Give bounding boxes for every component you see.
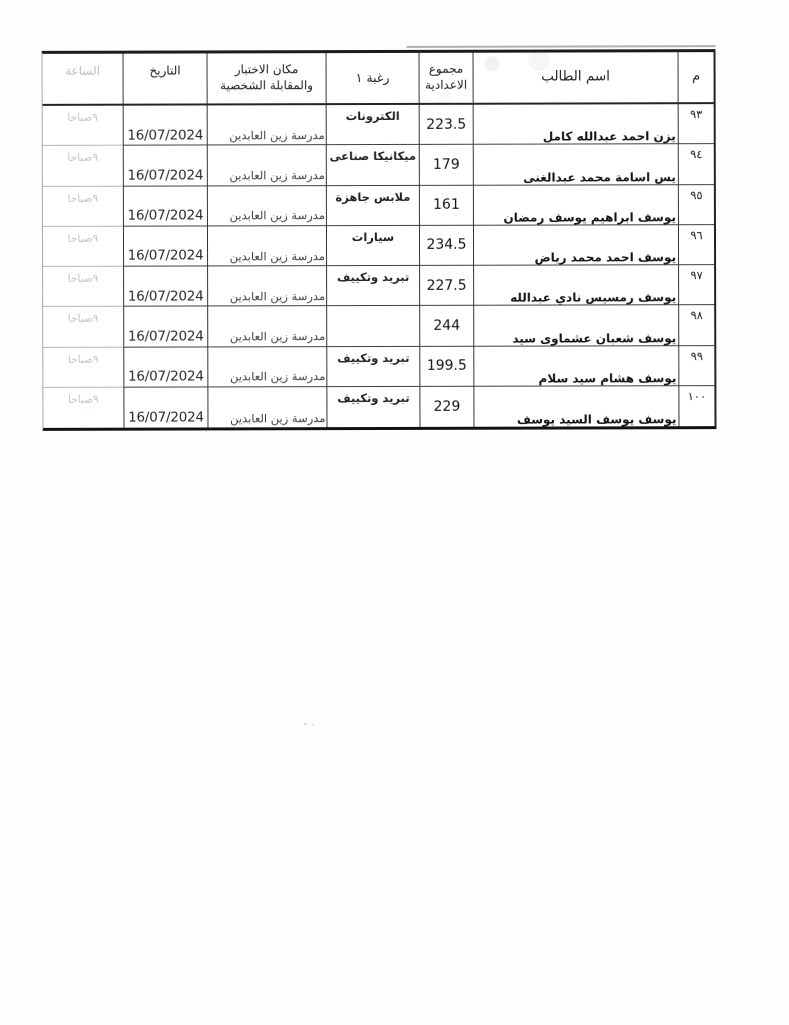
- time-cell: ٩صباحا: [43, 347, 123, 387]
- serial-cell: ٩٤: [678, 144, 714, 184]
- exam-location-cell: مدرسة زين العابدين: [207, 266, 326, 307]
- prep-total-cell: 227.5: [419, 266, 473, 306]
- serial-cell: ٩٩: [678, 346, 714, 386]
- serial-cell: ١٠٠: [678, 386, 714, 426]
- time-cell: ٩صباحا: [43, 146, 123, 186]
- preference-cell: الكترونات: [326, 105, 419, 145]
- student-name-cell: يزن احمد عبدالله كامل: [473, 104, 678, 145]
- prep-total-cell: 199.5: [419, 346, 473, 386]
- serial-cell: ٩٨: [678, 305, 714, 345]
- date-cell: 16/07/2024: [123, 307, 207, 347]
- exam-location-cell: مدرسة زين العابدين: [207, 347, 326, 388]
- exam-location-cell: مدرسة زين العابدين: [207, 145, 326, 186]
- exam-location-cell: مدرسة زين العابدين: [207, 306, 326, 347]
- col-header-date: التاريخ: [123, 53, 207, 105]
- prep-total-cell: 223.5: [419, 105, 473, 145]
- date-cell: 16/07/2024: [123, 266, 207, 306]
- preference-cell-empty: [326, 306, 419, 346]
- exam-location-cell: مدرسة زين العابدين: [207, 387, 326, 428]
- preference-cell: ميكانيكا صناعى: [326, 145, 419, 185]
- scanned-page: م اسم الطالب مجموع الاعدادية رغبة ١ مكان…: [0, 0, 789, 1025]
- exam-location-cell: مدرسة زين العابدين: [207, 186, 326, 227]
- preference-cell: تبريد وتكييف: [326, 387, 419, 427]
- col-header-prep-total-line2: الاعدادية: [425, 78, 467, 94]
- student-name-cell: يوسف هشام سيد سلام: [473, 346, 678, 387]
- col-header-exam-location: مكان الاختبار والمقابلة الشخصية: [207, 53, 326, 105]
- serial-cell: ٩٦: [678, 225, 714, 265]
- col-header-time: الساعة: [43, 54, 123, 106]
- col-header-student-name: اسم الطالب: [473, 52, 678, 105]
- col-header-exam-location-line2: والمقابلة الشخصية: [220, 78, 313, 94]
- scan-speck: [311, 723, 315, 726]
- student-name-cell: يوسف شعبان عشماوى سيد: [473, 305, 678, 346]
- serial-cell: ٩٧: [678, 265, 714, 305]
- preference-cell: ملابس جاهزة: [326, 185, 419, 225]
- date-cell: 16/07/2024: [123, 347, 207, 387]
- preference-cell: تبريد وتكييف: [326, 346, 419, 386]
- time-cell: ٩صباحا: [43, 307, 123, 347]
- prep-total-cell: 179: [419, 145, 473, 185]
- preference-cell: سيارات: [326, 226, 419, 266]
- prep-total-cell: 234.5: [419, 226, 473, 266]
- serial-cell: ٩٥: [678, 185, 714, 225]
- preference-cell: تبريد وتكييف: [326, 266, 419, 306]
- student-name-cell: يوسف رمسيس نادي عبدالله: [473, 265, 678, 306]
- prep-total-cell: 229: [419, 387, 473, 427]
- student-name-cell: يس اسامة محمد عبدالغنى: [473, 144, 678, 185]
- col-header-exam-location-line1: مكان الاختبار: [235, 63, 299, 79]
- prep-total-cell: 161: [419, 185, 473, 225]
- student-name-cell: يوسف احمد محمد رياض: [473, 225, 678, 266]
- col-header-preference1: رغبة ١: [326, 53, 419, 105]
- time-cell: ٩صباحا: [43, 226, 123, 266]
- student-name-cell: يوسف يوسف السيد يوسف: [473, 386, 678, 427]
- date-cell: 16/07/2024: [123, 146, 207, 186]
- serial-cell: ٩٣: [678, 104, 714, 144]
- results-table: م اسم الطالب مجموع الاعدادية رغبة ١ مكان…: [42, 49, 717, 431]
- exam-location-cell: مدرسة زين العابدين: [207, 226, 326, 267]
- date-cell: 16/07/2024: [123, 226, 207, 266]
- time-cell: ٩صباحا: [43, 387, 123, 427]
- date-cell: 16/07/2024: [123, 105, 207, 145]
- time-cell: ٩صباحا: [43, 186, 123, 226]
- time-cell: ٩صباحا: [43, 106, 123, 146]
- student-name-cell: يوسف ابراهيم يوسف رمضان: [473, 185, 678, 226]
- prep-total-cell: 244: [419, 306, 473, 346]
- col-header-prep-total: مجموع الاعدادية: [419, 53, 473, 105]
- date-cell: 16/07/2024: [123, 387, 207, 427]
- time-cell: ٩صباحا: [43, 267, 123, 307]
- scan-speck: [303, 722, 308, 726]
- exam-location-cell: مدرسة زين العابدين: [207, 105, 326, 146]
- col-header-serial: م: [678, 52, 714, 104]
- date-cell: 16/07/2024: [123, 186, 207, 226]
- col-header-prep-total-line1: مجموع: [429, 62, 464, 78]
